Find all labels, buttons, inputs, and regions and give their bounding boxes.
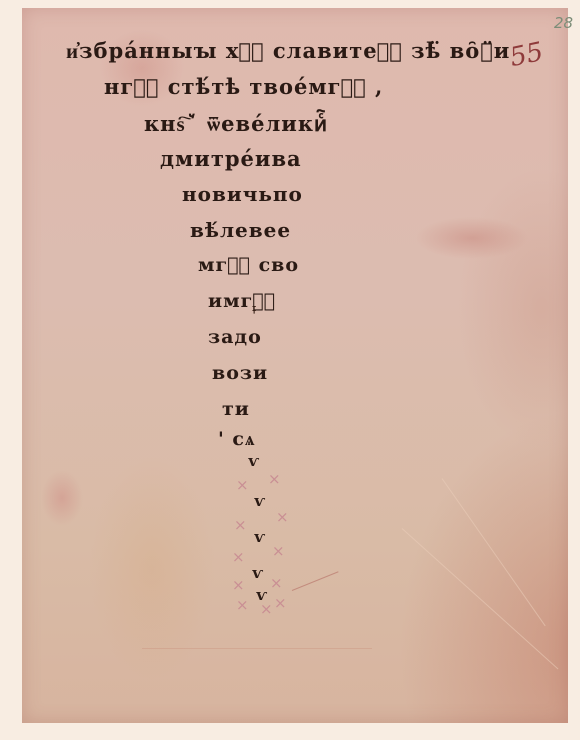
text-line-1: и҆збра́нныꙑ хⷭ҇ славитеⷭ҇ зѣ̈ во̑ꙋ̈и — [66, 38, 510, 64]
red-cross-ornament: × — [236, 596, 249, 614]
text-line-10: вози — [212, 362, 268, 384]
text-line-8: имгⷭ҇ — [208, 290, 276, 312]
text-line-12: ' сѧ — [218, 428, 256, 451]
text-line-6: вѣ́левее — [190, 218, 291, 242]
scan-background: 28 55 и҆збра́нныꙑ хⷭ҇ славитеⷭ҇ зѣ̈ во̑ꙋ… — [0, 0, 580, 740]
ruled-line — [142, 648, 372, 649]
red-cross-ornament: × — [276, 508, 289, 526]
text-line-2: нгⷭ҇ стѣ́тѣ твое́мгⷭ҇ , — [104, 74, 383, 99]
red-cross-ornament: × — [260, 600, 273, 618]
red-cross-ornament: × — [274, 594, 287, 612]
text-line-11: ти — [222, 398, 250, 420]
page-crease — [292, 571, 339, 591]
red-cross-ornament: × — [270, 574, 283, 592]
text-line-4: дмитре́ива — [160, 146, 302, 171]
ink-mark: ѵ — [254, 528, 265, 546]
manuscript-page: 28 55 и҆збра́нныꙑ хⷭ҇ славитеⷭ҇ зѣ̈ во̑ꙋ… — [22, 8, 568, 723]
page-crease — [442, 478, 546, 626]
red-cross-ornament: × — [234, 516, 247, 534]
page-crease — [402, 528, 559, 669]
ink-mark: ѵ — [254, 492, 265, 510]
red-cross-ornament: × — [272, 542, 285, 560]
ink-mark: ѵ — [248, 452, 259, 470]
text-line-5: новичьпо — [182, 182, 303, 206]
red-cross-ornament: × — [232, 576, 245, 594]
pencil-page-number: 28 — [554, 14, 573, 32]
folio-number: 55 — [507, 37, 546, 73]
text-line-7: мгⷭ҇ сво — [198, 254, 299, 276]
ink-mark: ѵ — [252, 564, 263, 582]
red-cross-ornament: × — [268, 470, 281, 488]
text-line-3: кнѕ҇ꙿ ѿеве́ликиⷭ҇ — [144, 110, 328, 138]
text-line-9: задо — [208, 326, 262, 348]
red-cross-ornament: × — [236, 476, 249, 494]
red-cross-ornament: × — [232, 548, 245, 566]
